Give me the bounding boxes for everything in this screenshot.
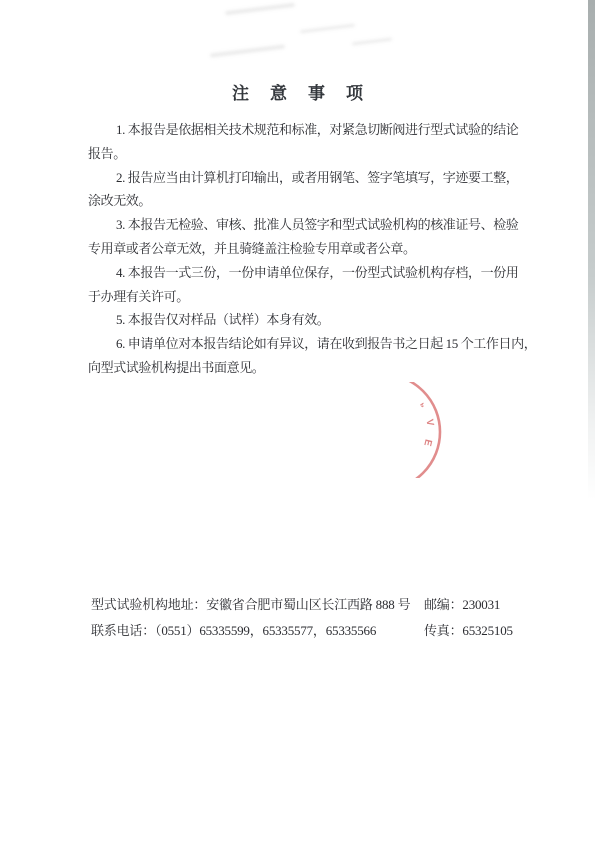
notice-line: 专用章或者公章无效，并且骑缝盖注检验专用章或者公章。 [88,237,518,261]
fax-label: 传真： [424,623,462,638]
footer-contact-block: 型式试验机构地址：安徽省合肥市蜀山区长江西路 888 号 邮编：230031 联… [91,592,551,644]
scan-smudge [210,44,285,57]
red-seal-partial-icon: ь V E [404,382,460,478]
postcode-label: 邮编： [424,597,462,612]
phone-label: 联系电话： [91,623,155,638]
address-value: 安徽省合肥市蜀山区长江西路 888 号 [206,597,410,612]
scan-smudge [300,24,355,34]
scan-smudge [352,38,392,46]
page-title: 注意事项 [0,79,595,104]
notice-body: 1. 本报告是依据相关技术规范和标准，对紧急切断阀进行型式试验的结论 报告。 2… [88,118,518,380]
notice-line: 6. 申请单位对本报告结论如有异议，请在收到报告书之日起 15 个工作日内， [88,332,518,356]
notice-line: 1. 本报告是依据相关技术规范和标准，对紧急切断阀进行型式试验的结论 [88,118,518,142]
address-label: 型式试验机构地址： [91,597,206,612]
seal-letter: E [421,438,433,447]
notice-line: 向型式试验机构提出书面意见。 [88,356,518,380]
notice-line: 3. 本报告无检验、审核、批准人员签字和型式试验机构的核准证号、检验 [88,213,518,237]
scan-smudge [225,3,295,16]
scanned-report-page: 注意事项 1. 本报告是依据相关技术规范和标准，对紧急切断阀进行型式试验的结论 … [0,0,595,842]
postcode-value: 230031 [462,597,500,612]
seal-letter: ь [418,401,427,409]
notice-line: 4. 本报告一式三份，一份申请单位保存，一份型式试验机构存档，一份用 [88,261,518,285]
fax-value: 65325105 [462,623,512,638]
notice-line: 报告。 [88,142,518,166]
footer-address-row: 型式试验机构地址：安徽省合肥市蜀山区长江西路 888 号 邮编：230031 [91,592,551,618]
notice-line: 5. 本报告仅对样品（试样）本身有效。 [88,308,518,332]
phone-value: （0551）65335599，65335577，65335566 [155,623,376,638]
notice-line: 2. 报告应当由计算机打印输出，或者用钢笔、签字笔填写，字迹要工整， [88,166,518,190]
footer-phone-row: 联系电话：（0551）65335599，65335577，65335566 传真… [91,618,551,644]
notice-line: 于办理有关许可。 [88,285,518,309]
notice-line: 涂改无效。 [88,189,518,213]
scan-edge-strip [588,0,595,500]
seal-letter: V [423,418,435,427]
